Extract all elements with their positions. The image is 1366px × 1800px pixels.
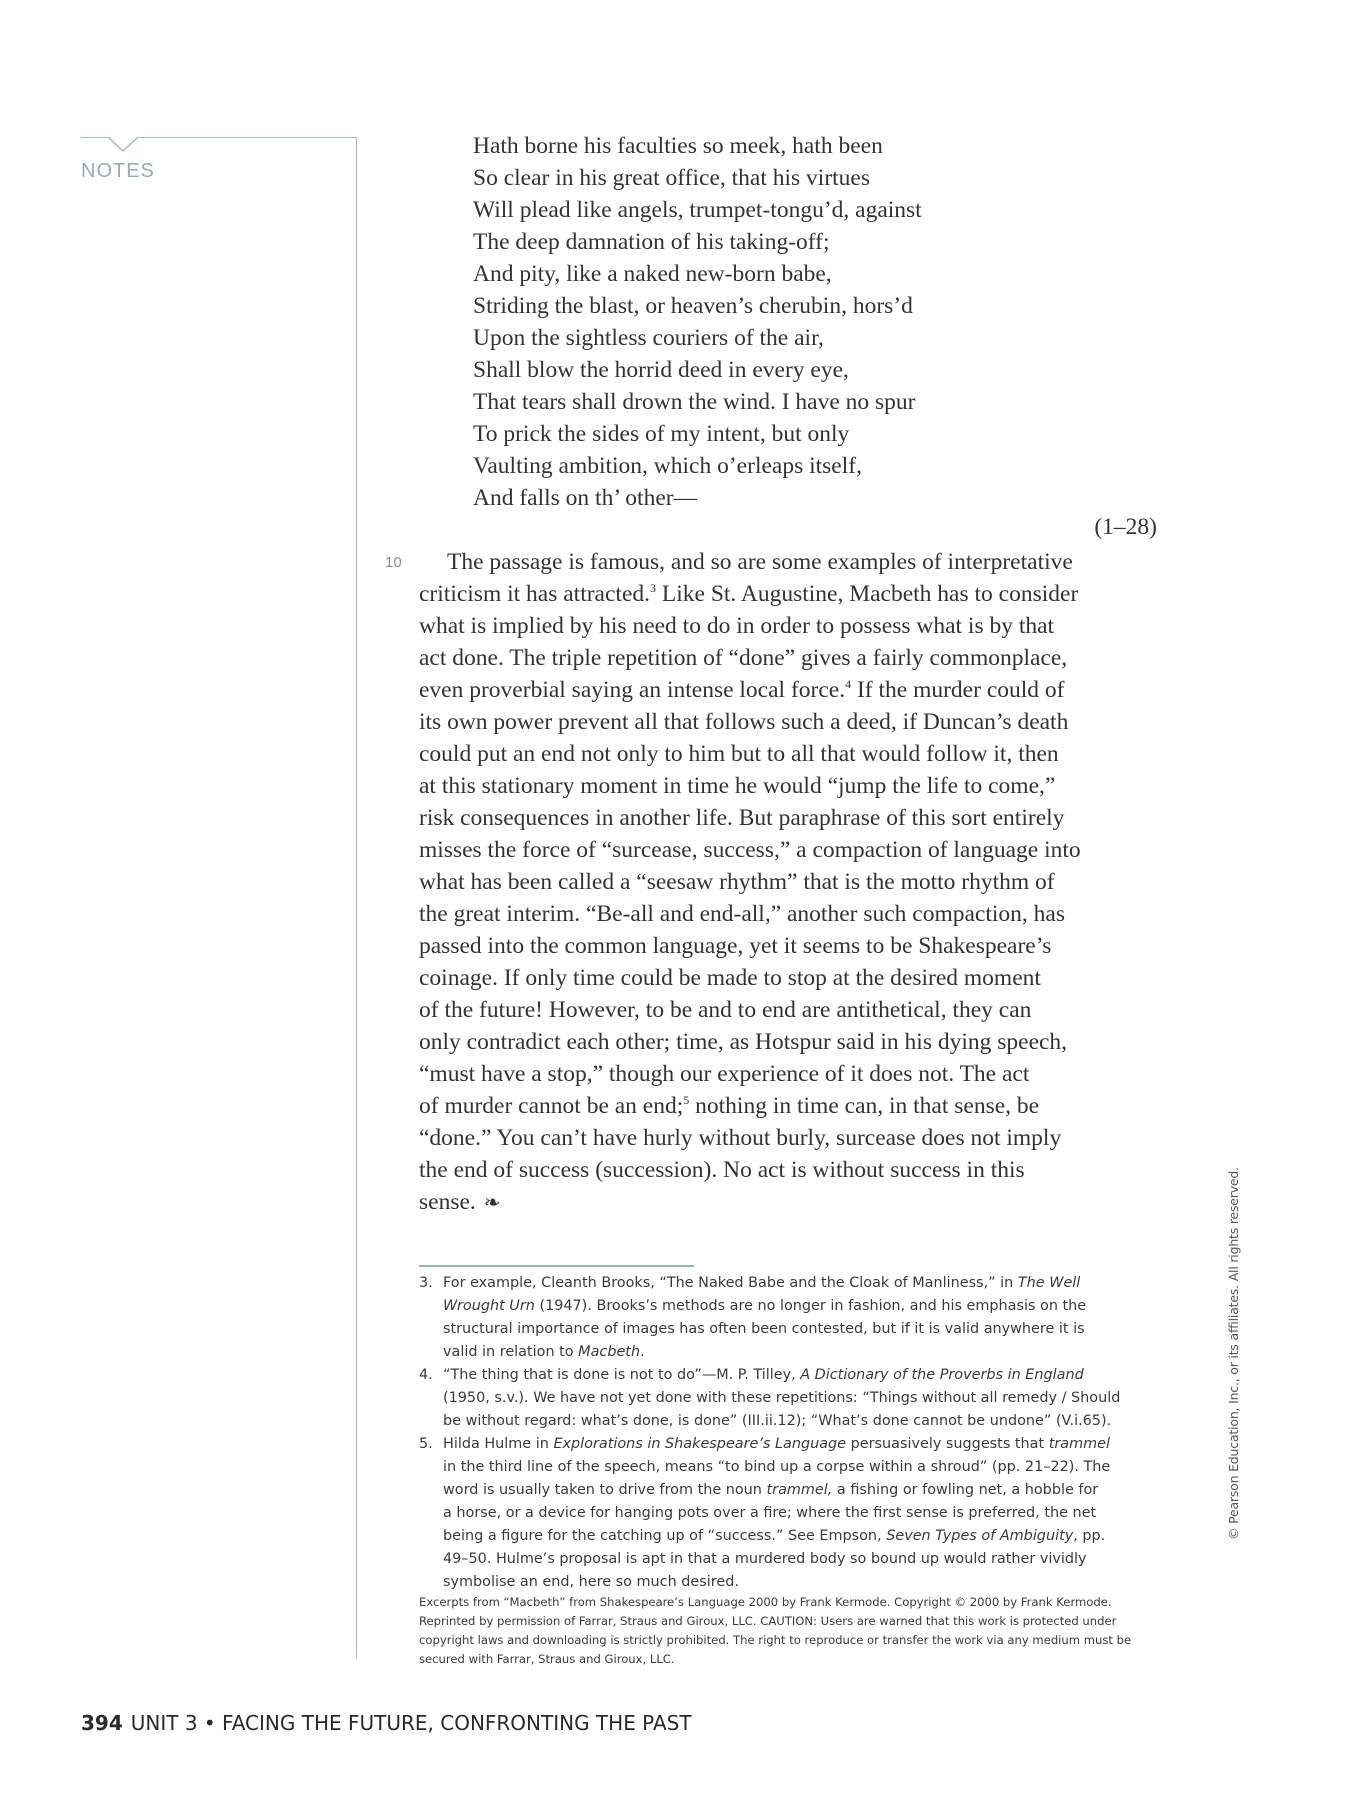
verse-line: Striding the blast, or heaven’s cherubin… [473,290,922,322]
footnotes: 3. For example, Cleanth Brooks, “The Nak… [419,1272,1159,1594]
verse-line: That tears shall drown the wind. I have … [473,386,922,418]
verse-line: So clear in his great office, that his v… [473,162,922,194]
notes-chevron-icon [108,137,138,153]
verse-line: To prick the sides of my intent, but onl… [473,418,922,450]
prose-paragraph: The passage is famous, and so are some e… [419,546,1159,1219]
prose-line: misses the force of “surcease, success,”… [419,834,1159,866]
notes-label: NOTES [81,160,155,183]
prose-line: the great interim. “Be-all and end-all,”… [419,898,1159,930]
footnote-3: 3. For example, Cleanth Brooks, “The Nak… [419,1272,1159,1364]
footnote-5: 5. Hilda Hulme in Explorations in Shakes… [419,1433,1159,1594]
footnote-number: 3. [419,1272,433,1295]
verse-line: Upon the sightless couriers of the air, [473,322,922,354]
prose-line: coinage. If only time could be made to s… [419,962,1159,994]
footnote-number: 5. [419,1433,433,1456]
verse-passage: Hath borne his faculties so meek, hath b… [473,130,922,514]
line-range: (1–28) [1094,514,1157,541]
prose-line: only contradict each other; time, as Hot… [419,1026,1159,1058]
prose-line: The passage is famous, and so are some e… [419,546,1159,578]
prose-line: of the future! However, to be and to end… [419,994,1159,1026]
footnote-4: 4. “The thing that is done is not to do”… [419,1364,1159,1433]
line-number: 10 [385,554,402,571]
verse-line: Hath borne his faculties so meek, hath b… [473,130,922,162]
prose-line: act done. The triple repetition of “done… [419,642,1159,674]
prose-line: risk consequences in another life. But p… [419,802,1159,834]
verse-line: The deep damnation of his taking-off; [473,226,922,258]
prose-line: what has been called a “seesaw rhythm” t… [419,866,1159,898]
page-number: 394 [81,1711,123,1735]
page-footer: 394UNIT 3 • FACING THE FUTURE, CONFRONTI… [81,1711,692,1735]
prose-line: of murder cannot be an end;5 nothing in … [419,1090,1159,1122]
footnote-number: 4. [419,1364,433,1387]
prose-line: at this stationary moment in time he wou… [419,770,1159,802]
prose-line: sense.❧ [419,1186,1159,1219]
running-head: UNIT 3 • FACING THE FUTURE, CONFRONTING … [131,1711,692,1735]
prose-line: what is implied by his need to do in ord… [419,610,1159,642]
verse-line: Vaulting ambition, which o’erleaps itsel… [473,450,922,482]
verse-line: Shall blow the horrid deed in every eye, [473,354,922,386]
prose-line: its own power prevent all that follows s… [419,706,1159,738]
prose-line: criticism it has attracted.3 Like St. Au… [419,578,1159,610]
prose-line: passed into the common language, yet it … [419,930,1159,962]
prose-line: even proverbial saying an intense local … [419,674,1159,706]
prose-line: “done.” You can’t have hurly without bur… [419,1122,1159,1154]
verse-line: Will plead like angels, trumpet-tongu’d,… [473,194,922,226]
notes-frame [81,137,357,1658]
copyright-notice: © Pearson Education, Inc., or its affili… [1226,1167,1241,1540]
footnote-rule [419,1265,694,1267]
prose-line: could put an end not only to him but to … [419,738,1159,770]
fleuron-end-mark-icon: ❧ [484,1192,501,1214]
prose-line: the end of success (succession). No act … [419,1154,1159,1186]
permission-credit: Excerpts from “Macbeth” from Shakespeare… [419,1593,1179,1669]
verse-line: And falls on th’ other— [473,482,922,514]
prose-line: “must have a stop,” though our experienc… [419,1058,1159,1090]
verse-line: And pity, like a naked new-born babe, [473,258,922,290]
